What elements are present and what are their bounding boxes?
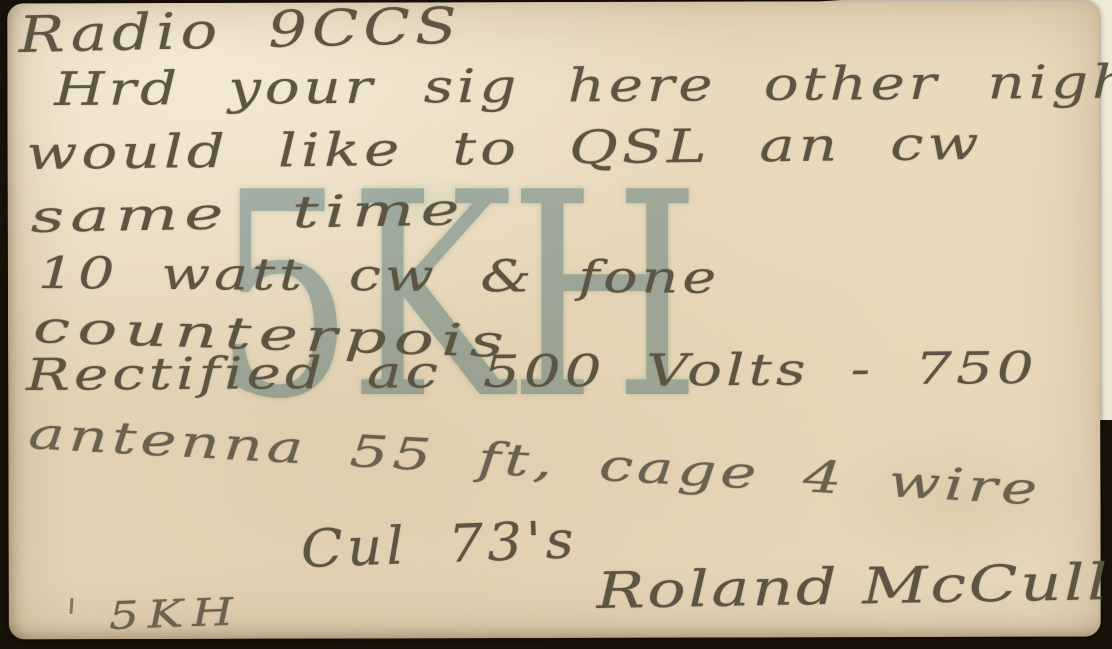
stray-pencil-mark — [69, 598, 73, 614]
penciled-callsign-bottom-left: 5KH — [108, 589, 243, 638]
signature: Roland McCulley — [596, 552, 1112, 620]
postcard-content: 5KH Radio 9CCS Hrd your sig here other n… — [0, 0, 1112, 649]
handwritten-line-rectified-volts: Rectified ac 500 Volts - 750 — [26, 343, 1038, 401]
handwritten-line-same-time: same time — [30, 184, 466, 243]
handwritten-line-callsign-heading: Radio 9CCS — [18, 0, 462, 64]
handwritten-line-cul-73s: Cul 73's — [300, 510, 579, 580]
handwritten-line-would-like-qsl: would like to QSL an cw — [26, 116, 983, 180]
handwritten-line-power: 10 watt cw & fone — [38, 248, 721, 304]
handwritten-line-heard-sig: Hrd your sig here other night — [54, 54, 1112, 116]
